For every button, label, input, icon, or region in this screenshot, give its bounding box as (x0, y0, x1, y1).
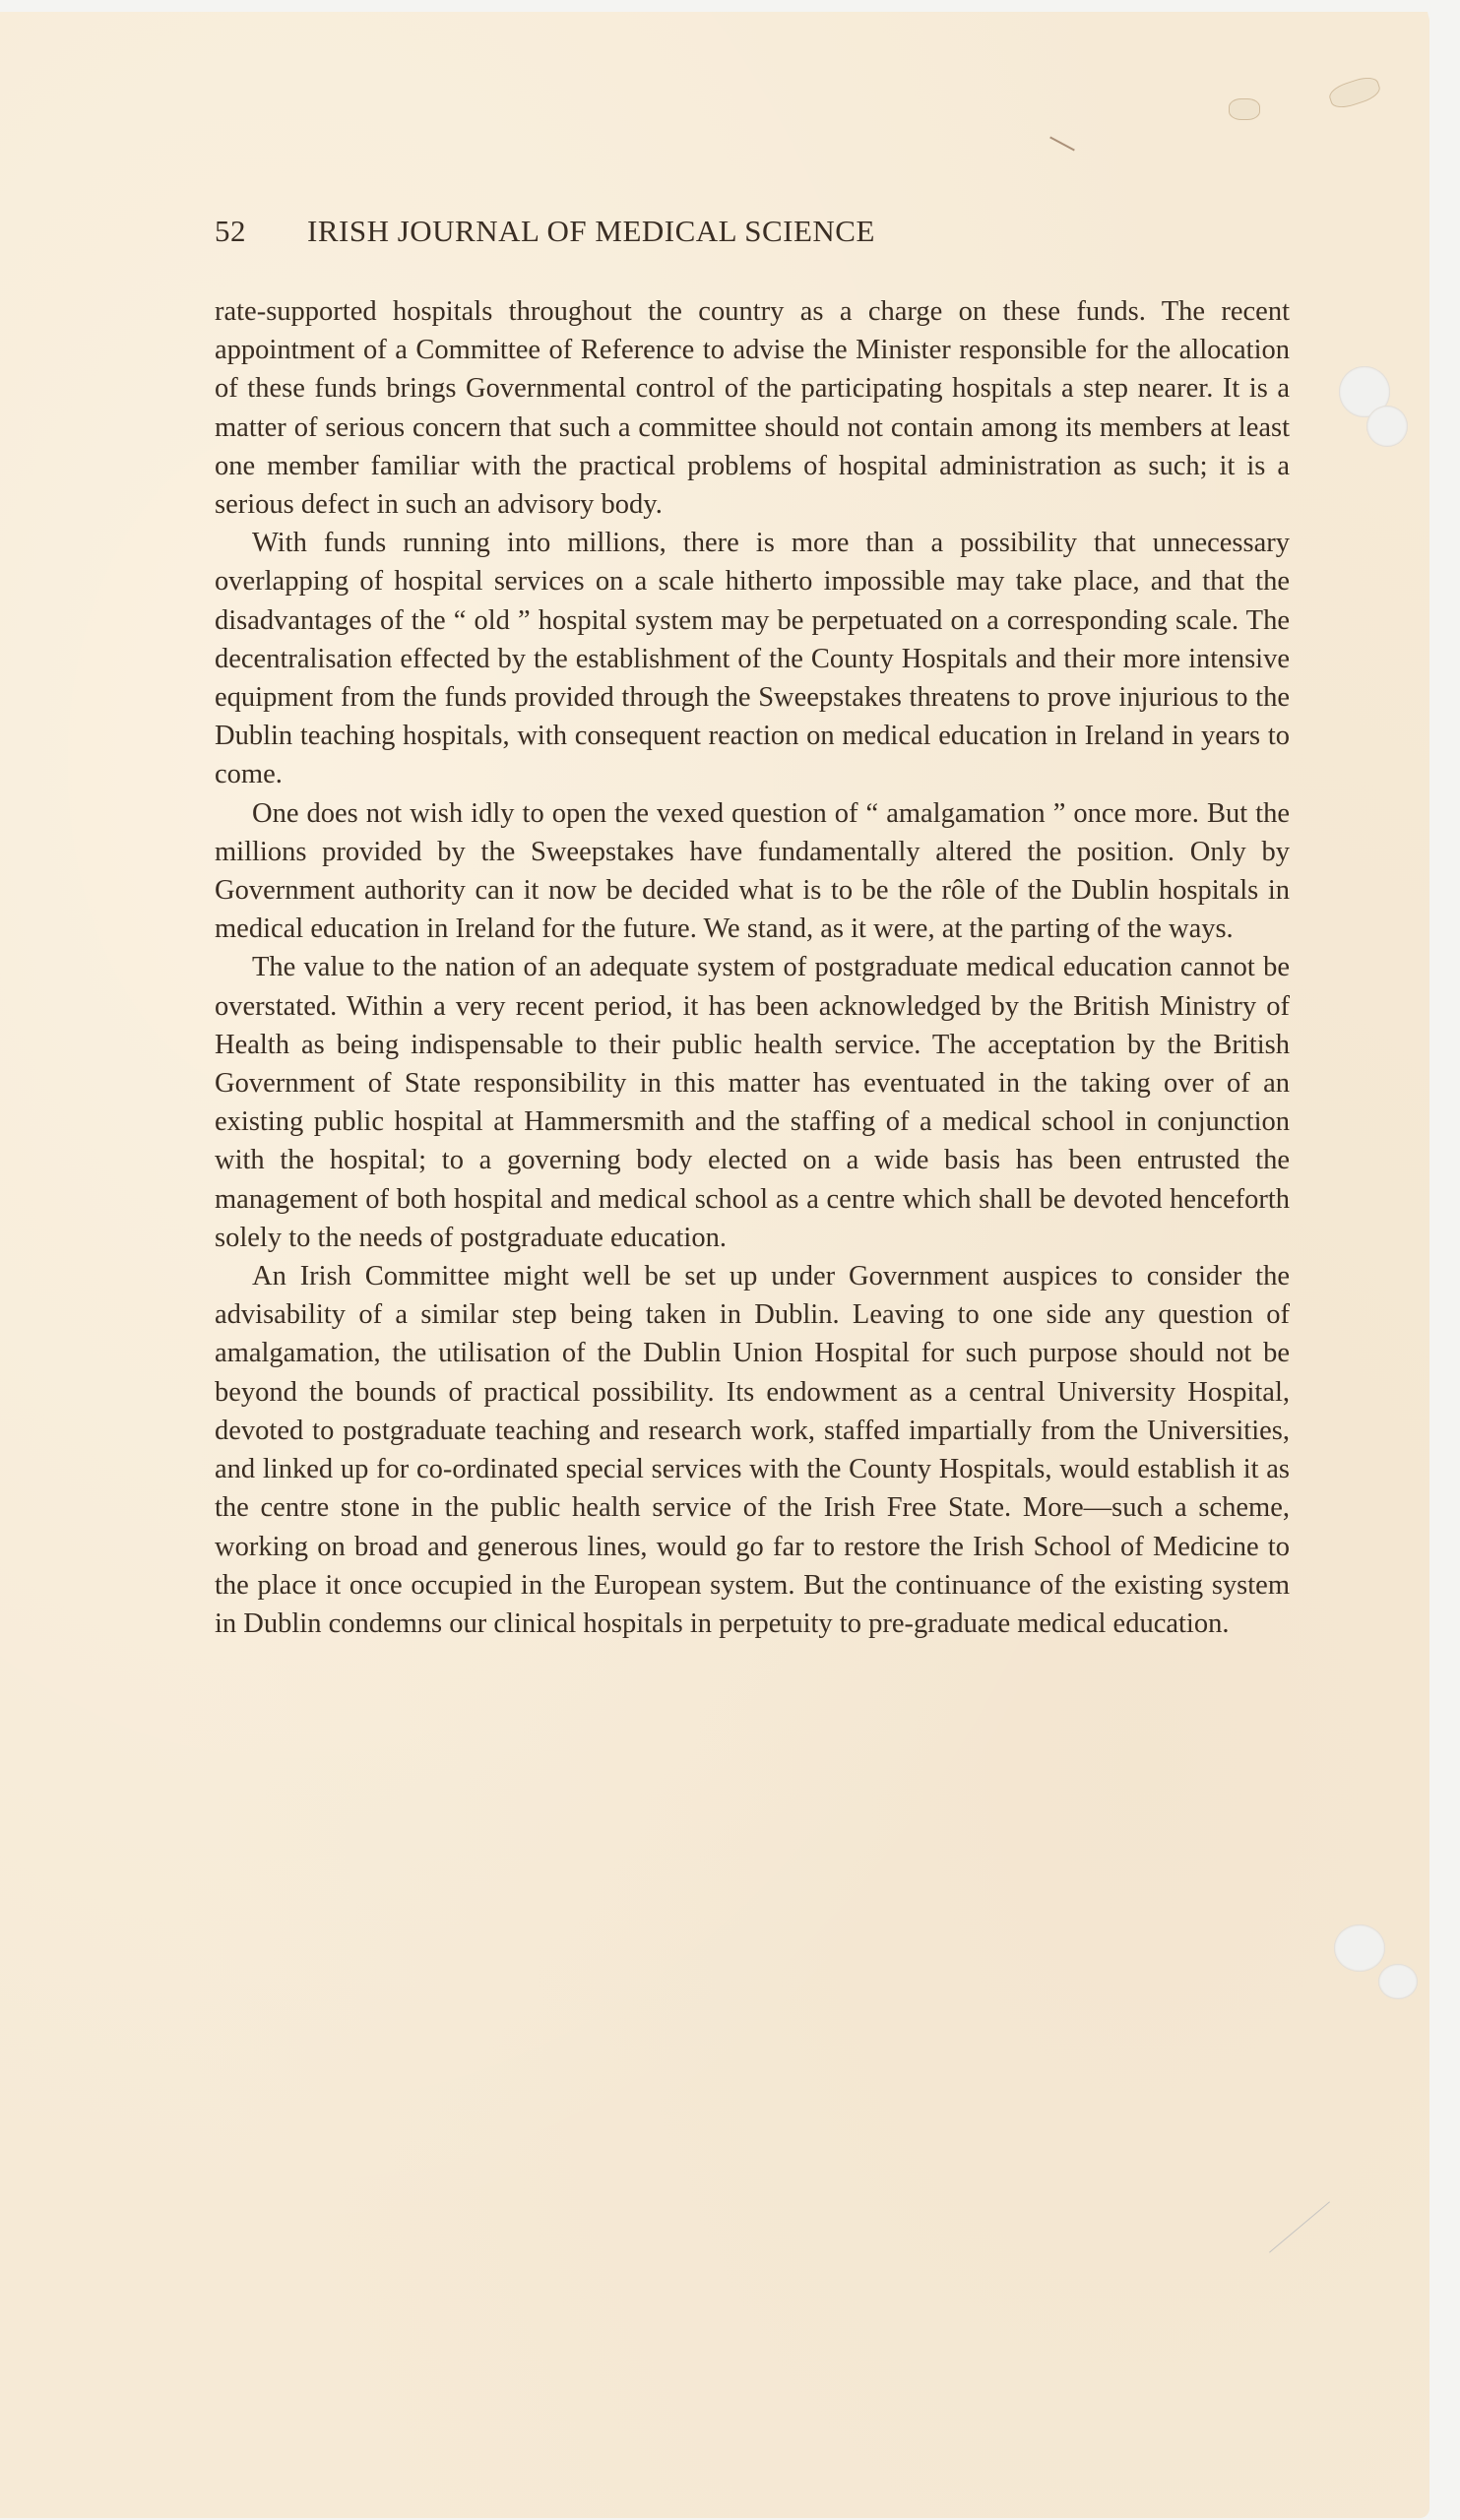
staple-hole-right (1327, 74, 1383, 112)
punch-hole (1334, 1924, 1385, 1972)
journal-title: IRISH JOURNAL OF MEDICAL SCIENCE (307, 214, 875, 249)
paragraph: rate-supported hospitals throughout the … (215, 292, 1290, 524)
paragraph: With funds running into millions, there … (215, 524, 1290, 793)
scratch-mark (1269, 2201, 1330, 2252)
running-head: 52 IRISH JOURNAL OF MEDICAL SCIENCE (215, 214, 875, 249)
scanned-page: 52 IRISH JOURNAL OF MEDICAL SCIENCE rate… (0, 12, 1429, 2518)
article-body: rate-supported hospitals throughout the … (215, 292, 1290, 1643)
punch-hole (1378, 1964, 1418, 1999)
page-number: 52 (215, 214, 246, 249)
paragraph: The value to the nation of an adequate s… (215, 948, 1290, 1257)
punch-hole (1366, 406, 1408, 447)
staple-hole-left (1229, 98, 1260, 120)
paragraph: An Irish Committee might well be set up … (215, 1257, 1290, 1643)
paragraph: One does not wish idly to open the vexed… (215, 794, 1290, 949)
pencil-mark (1049, 137, 1075, 152)
